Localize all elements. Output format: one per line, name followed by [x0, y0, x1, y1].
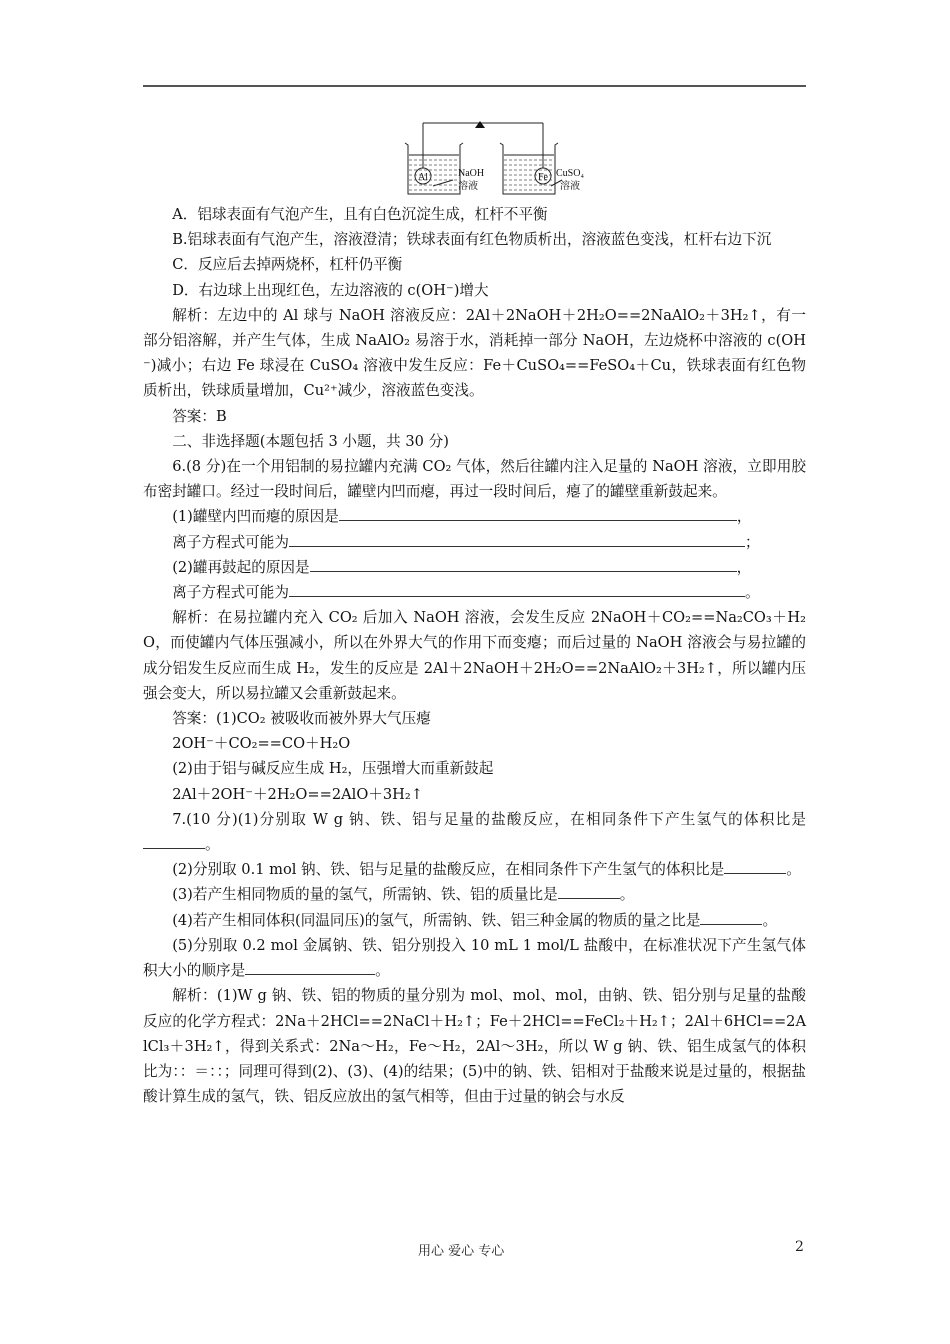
answer-blank[interactable]: [310, 556, 737, 572]
q7-sub2: (2)分别取 0.1 mol 钠、铁、铝与足量的盐酸反应，在相同条件下产生氢气的…: [143, 857, 806, 882]
q6-answer1-equation: 2OH⁻＋CO₂==CO＋H₂O: [143, 731, 806, 756]
q6-sub2-reason: (2)罐再鼓起的原因是，: [143, 555, 806, 580]
option-b: B.铝球表面有气泡产生，溶液澄清；铁球表面有红色物质析出，溶液蓝色变浅，杠杆右边…: [143, 227, 806, 252]
beaker-lever-diagram: Al Fe NaOH 溶液 CuSO₄ 溶液: [400, 118, 590, 198]
answer-blank[interactable]: [289, 531, 745, 547]
q5-analysis: 解析：左边中的 Al 球与 NaOH 溶液反应：2Al＋2NaOH＋2H₂O==…: [143, 303, 806, 404]
page-number: 2: [795, 1239, 804, 1255]
q6-stem: 6.(8 分)在一个用铝制的易拉罐内充满 CO₂ 气体，然后往罐内注入足量的 N…: [143, 454, 806, 504]
q7-sub5: (5)分别取 0.2 mol 金属钠、铁、铝分别投入 10 mL 1 mol/L…: [143, 933, 806, 983]
answer-blank[interactable]: [289, 581, 745, 597]
answer-blank[interactable]: [339, 505, 737, 521]
answer-blank[interactable]: [143, 833, 205, 849]
option-c: C．反应后去掉两烧杯，杠杆仍平衡: [143, 252, 806, 277]
document-body: A．铝球表面有气泡产生，且有白色沉淀生成，杠杆不平衡 B.铝球表面有气泡产生，溶…: [143, 202, 806, 1109]
answer-blank[interactable]: [724, 858, 786, 874]
q6-sub1-equation: 离子方程式可能为；: [143, 530, 806, 555]
q7-analysis: 解析：(1)W g 钠、铁、铝的物质的量分别为 mol、mol、mol，由钠、铁…: [143, 983, 806, 1109]
q6-sub1-reason: (1)罐壁内凹而瘪的原因是，: [143, 504, 806, 529]
header-rule: [143, 85, 806, 87]
option-d: D．右边球上出现红色，左边溶液的 c(OH⁻)增大: [143, 278, 806, 303]
section-title: 二、非选择题(本题包括 3 小题，共 30 分): [143, 429, 806, 454]
q7-sub4: (4)若产生相同体积(同温同压)的氢气，所需钠、铁、铝三种金属的物质的量之比是。: [143, 908, 806, 933]
footer-motto: 用心 爱心 专心: [418, 1240, 504, 1259]
answer-blank[interactable]: [245, 959, 375, 975]
left-ball-label: Al: [418, 172, 428, 183]
left-solution-word: 溶液: [458, 179, 478, 192]
answer-blank[interactable]: [700, 909, 762, 925]
fulcrum-icon: [475, 121, 485, 128]
right-solution-word: 溶液: [560, 179, 580, 192]
q6-answer1: 答案：(1)CO₂ 被吸收而被外界大气压瘪: [143, 706, 806, 731]
answer-blank[interactable]: [558, 883, 620, 899]
q6-answer2: (2)由于铝与碱反应生成 H₂，压强增大而重新鼓起: [143, 756, 806, 781]
q6-answer2-equation: 2Al＋2OH⁻＋2H₂O==2AlO＋3H₂↑: [143, 782, 806, 807]
option-a: A．铝球表面有气泡产生，且有白色沉淀生成，杠杆不平衡: [143, 202, 806, 227]
q6-analysis: 解析：在易拉罐内充入 CO₂ 后加入 NaOH 溶液，会发生反应 2NaOH＋C…: [143, 605, 806, 706]
right-solution-label: CuSO₄: [556, 168, 584, 179]
q7-sub1: 7.(10 分)(1)分别取 W g 钠、铁、铝与足量的盐酸反应，在相同条件下产…: [143, 807, 806, 857]
left-solution-label: NaOH: [458, 168, 484, 179]
q7-sub3: (3)若产生相同物质的量的氢气，所需钠、铁、铝的质量比是。: [143, 882, 806, 907]
q5-answer: 答案：B: [143, 404, 806, 429]
right-ball-label: Fe: [538, 172, 549, 183]
q6-sub2-equation: 离子方程式可能为。: [143, 580, 806, 605]
